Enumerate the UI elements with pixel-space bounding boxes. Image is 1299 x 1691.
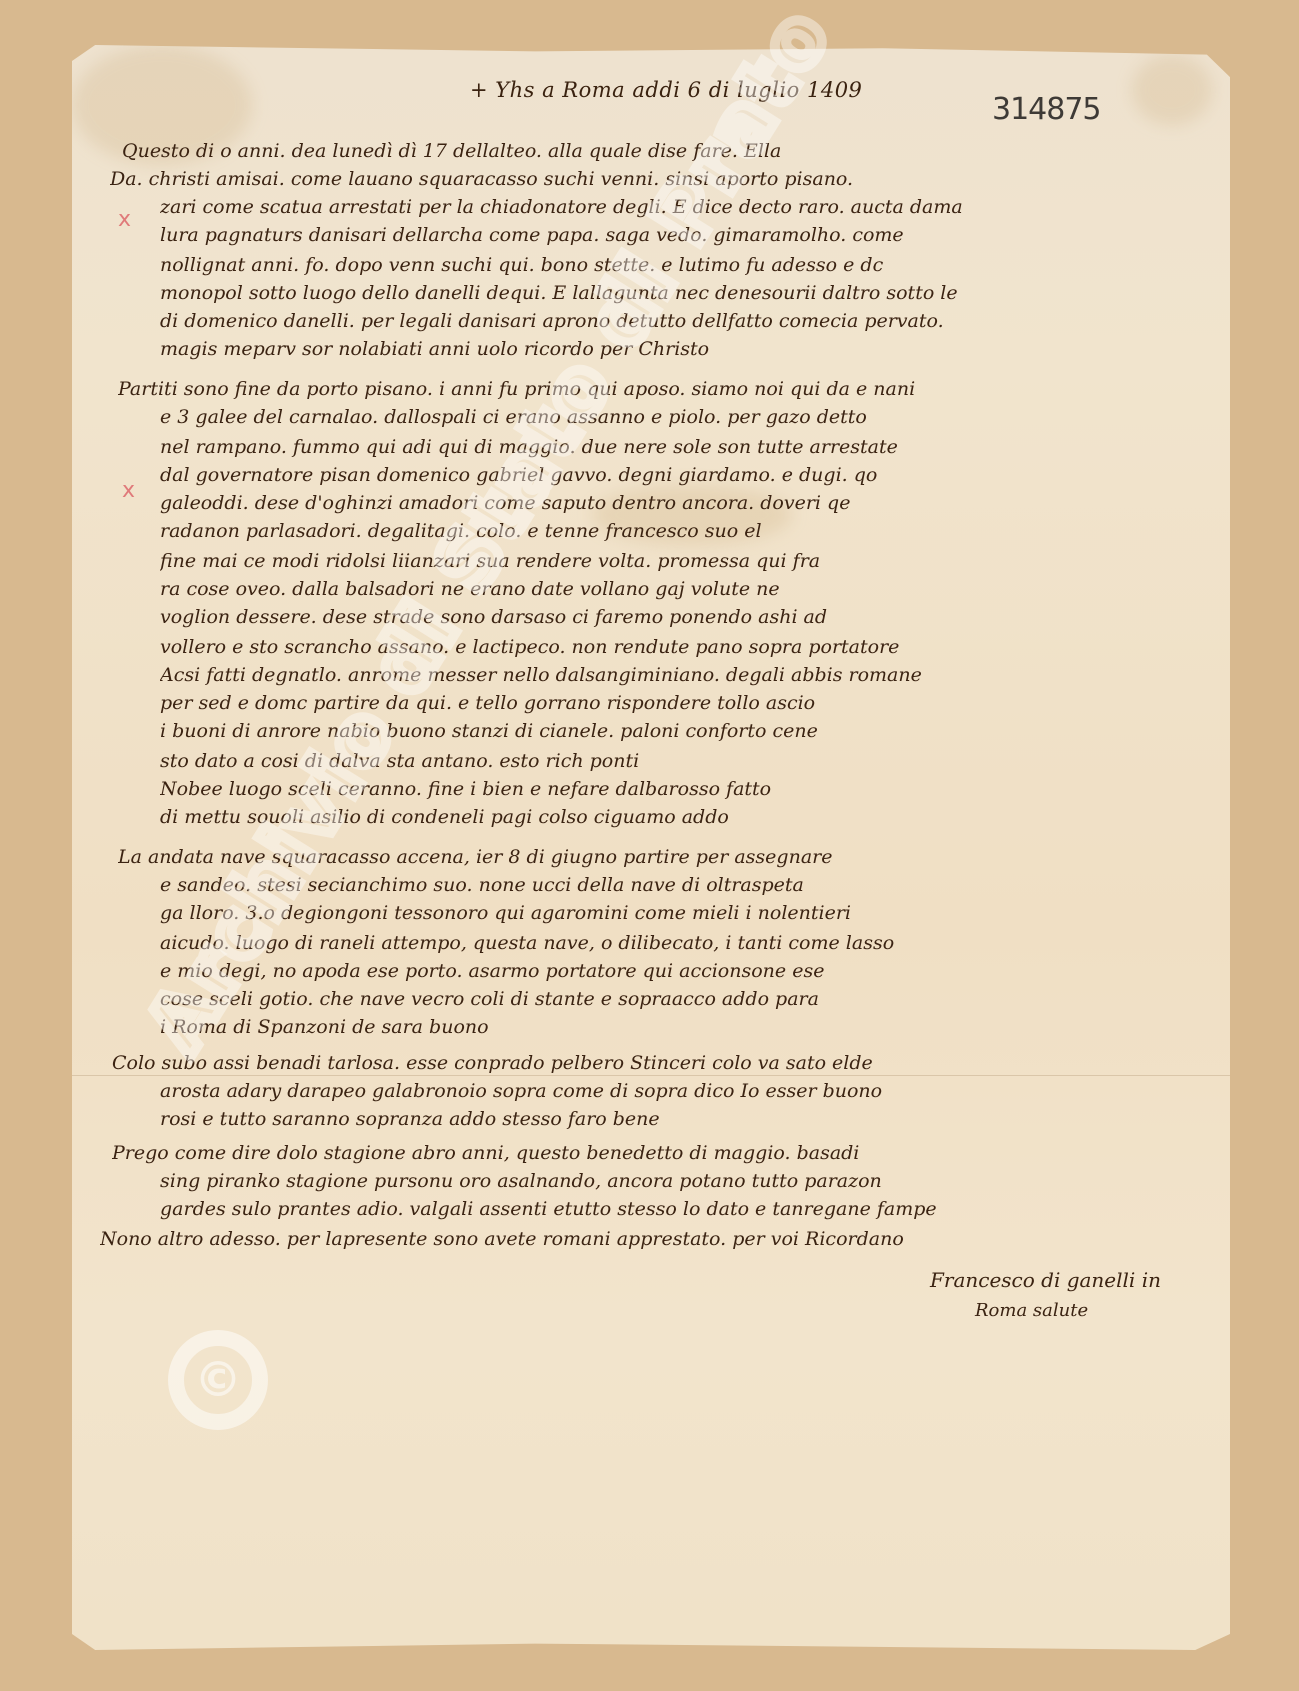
text-line: rosi e tutto saranno sopranza addo stess… bbox=[160, 1108, 860, 1130]
margin-mark: x bbox=[122, 478, 135, 503]
text-line: Partiti sono fine da porto pisano. i ann… bbox=[118, 378, 1168, 400]
text-line: sing piranko stagione pursonu oro asalna… bbox=[160, 1170, 1160, 1192]
text-line: per sed e domc partire da qui. e tello g… bbox=[160, 692, 1160, 714]
text-line: dal governatore pisan domenico gabriel g… bbox=[160, 464, 1170, 486]
fold-crease bbox=[72, 1075, 1230, 1076]
text-line: fine mai ce modi ridolsi liianzari sua r… bbox=[160, 550, 1160, 572]
text-line: aicudo. luogo di raneli attempo, questa … bbox=[160, 932, 1160, 954]
water-stain bbox=[1132, 55, 1212, 125]
margin-mark: x bbox=[118, 207, 131, 232]
copyright-icon: © bbox=[168, 1330, 268, 1430]
text-line: Prego come dire dolo stagione abro anni,… bbox=[112, 1142, 1162, 1164]
text-line: nel rampano. fummo qui adi qui di maggio… bbox=[160, 436, 1170, 458]
text-line: i Roma di Spanzoni de sara buono bbox=[160, 1016, 760, 1038]
signature-name: Francesco di ganelli in bbox=[930, 1268, 1161, 1292]
text-line: ga lloro. 3.o degiongoni tessonoro qui a… bbox=[160, 902, 1160, 924]
text-line: Acsi fatti degnatlo. anrome messer nello… bbox=[160, 664, 1160, 686]
text-line: Questo di o anni. dea lunedì dì 17 della… bbox=[122, 140, 1022, 162]
text-line: vollero e sto scrancho assano. e lactipe… bbox=[160, 636, 1160, 658]
archive-number: 314875 bbox=[992, 92, 1101, 127]
text-line: radanon parlasadori. degalitagi. colo. e… bbox=[160, 520, 1160, 542]
text-line: magis meparv sor nolabiati anni uolo ric… bbox=[160, 338, 880, 360]
text-line: Colo subo assi benadi tarlosa. esse conp… bbox=[112, 1052, 1162, 1074]
text-line: galeoddi. dese d'oghinzi amadori come sa… bbox=[160, 492, 1160, 514]
text-line: ra cose oveo. dalla balsadori ne erano d… bbox=[160, 578, 1160, 600]
copyright-symbol: © bbox=[194, 1352, 242, 1408]
text-line: e 3 galee del carnalao. dallospali ci er… bbox=[160, 406, 1170, 428]
text-line: Da. christi amisai. come lauano squaraca… bbox=[110, 168, 1170, 190]
text-line: arosta adary darapeo galabronoio sopra c… bbox=[160, 1080, 1160, 1102]
signature-place: Roma salute bbox=[975, 1300, 1088, 1321]
text-line: cose sceli gotio. che nave vecro coli di… bbox=[160, 988, 1160, 1010]
text-line: gardes sulo prantes adio. valgali assent… bbox=[160, 1198, 1160, 1220]
text-line: Nono altro adesso. per lapresente sono a… bbox=[100, 1228, 1160, 1250]
text-line: voglion dessere. dese strade sono darsas… bbox=[160, 606, 1160, 628]
text-line: e mio degi, no apoda ese porto. asarmo p… bbox=[160, 960, 1160, 982]
